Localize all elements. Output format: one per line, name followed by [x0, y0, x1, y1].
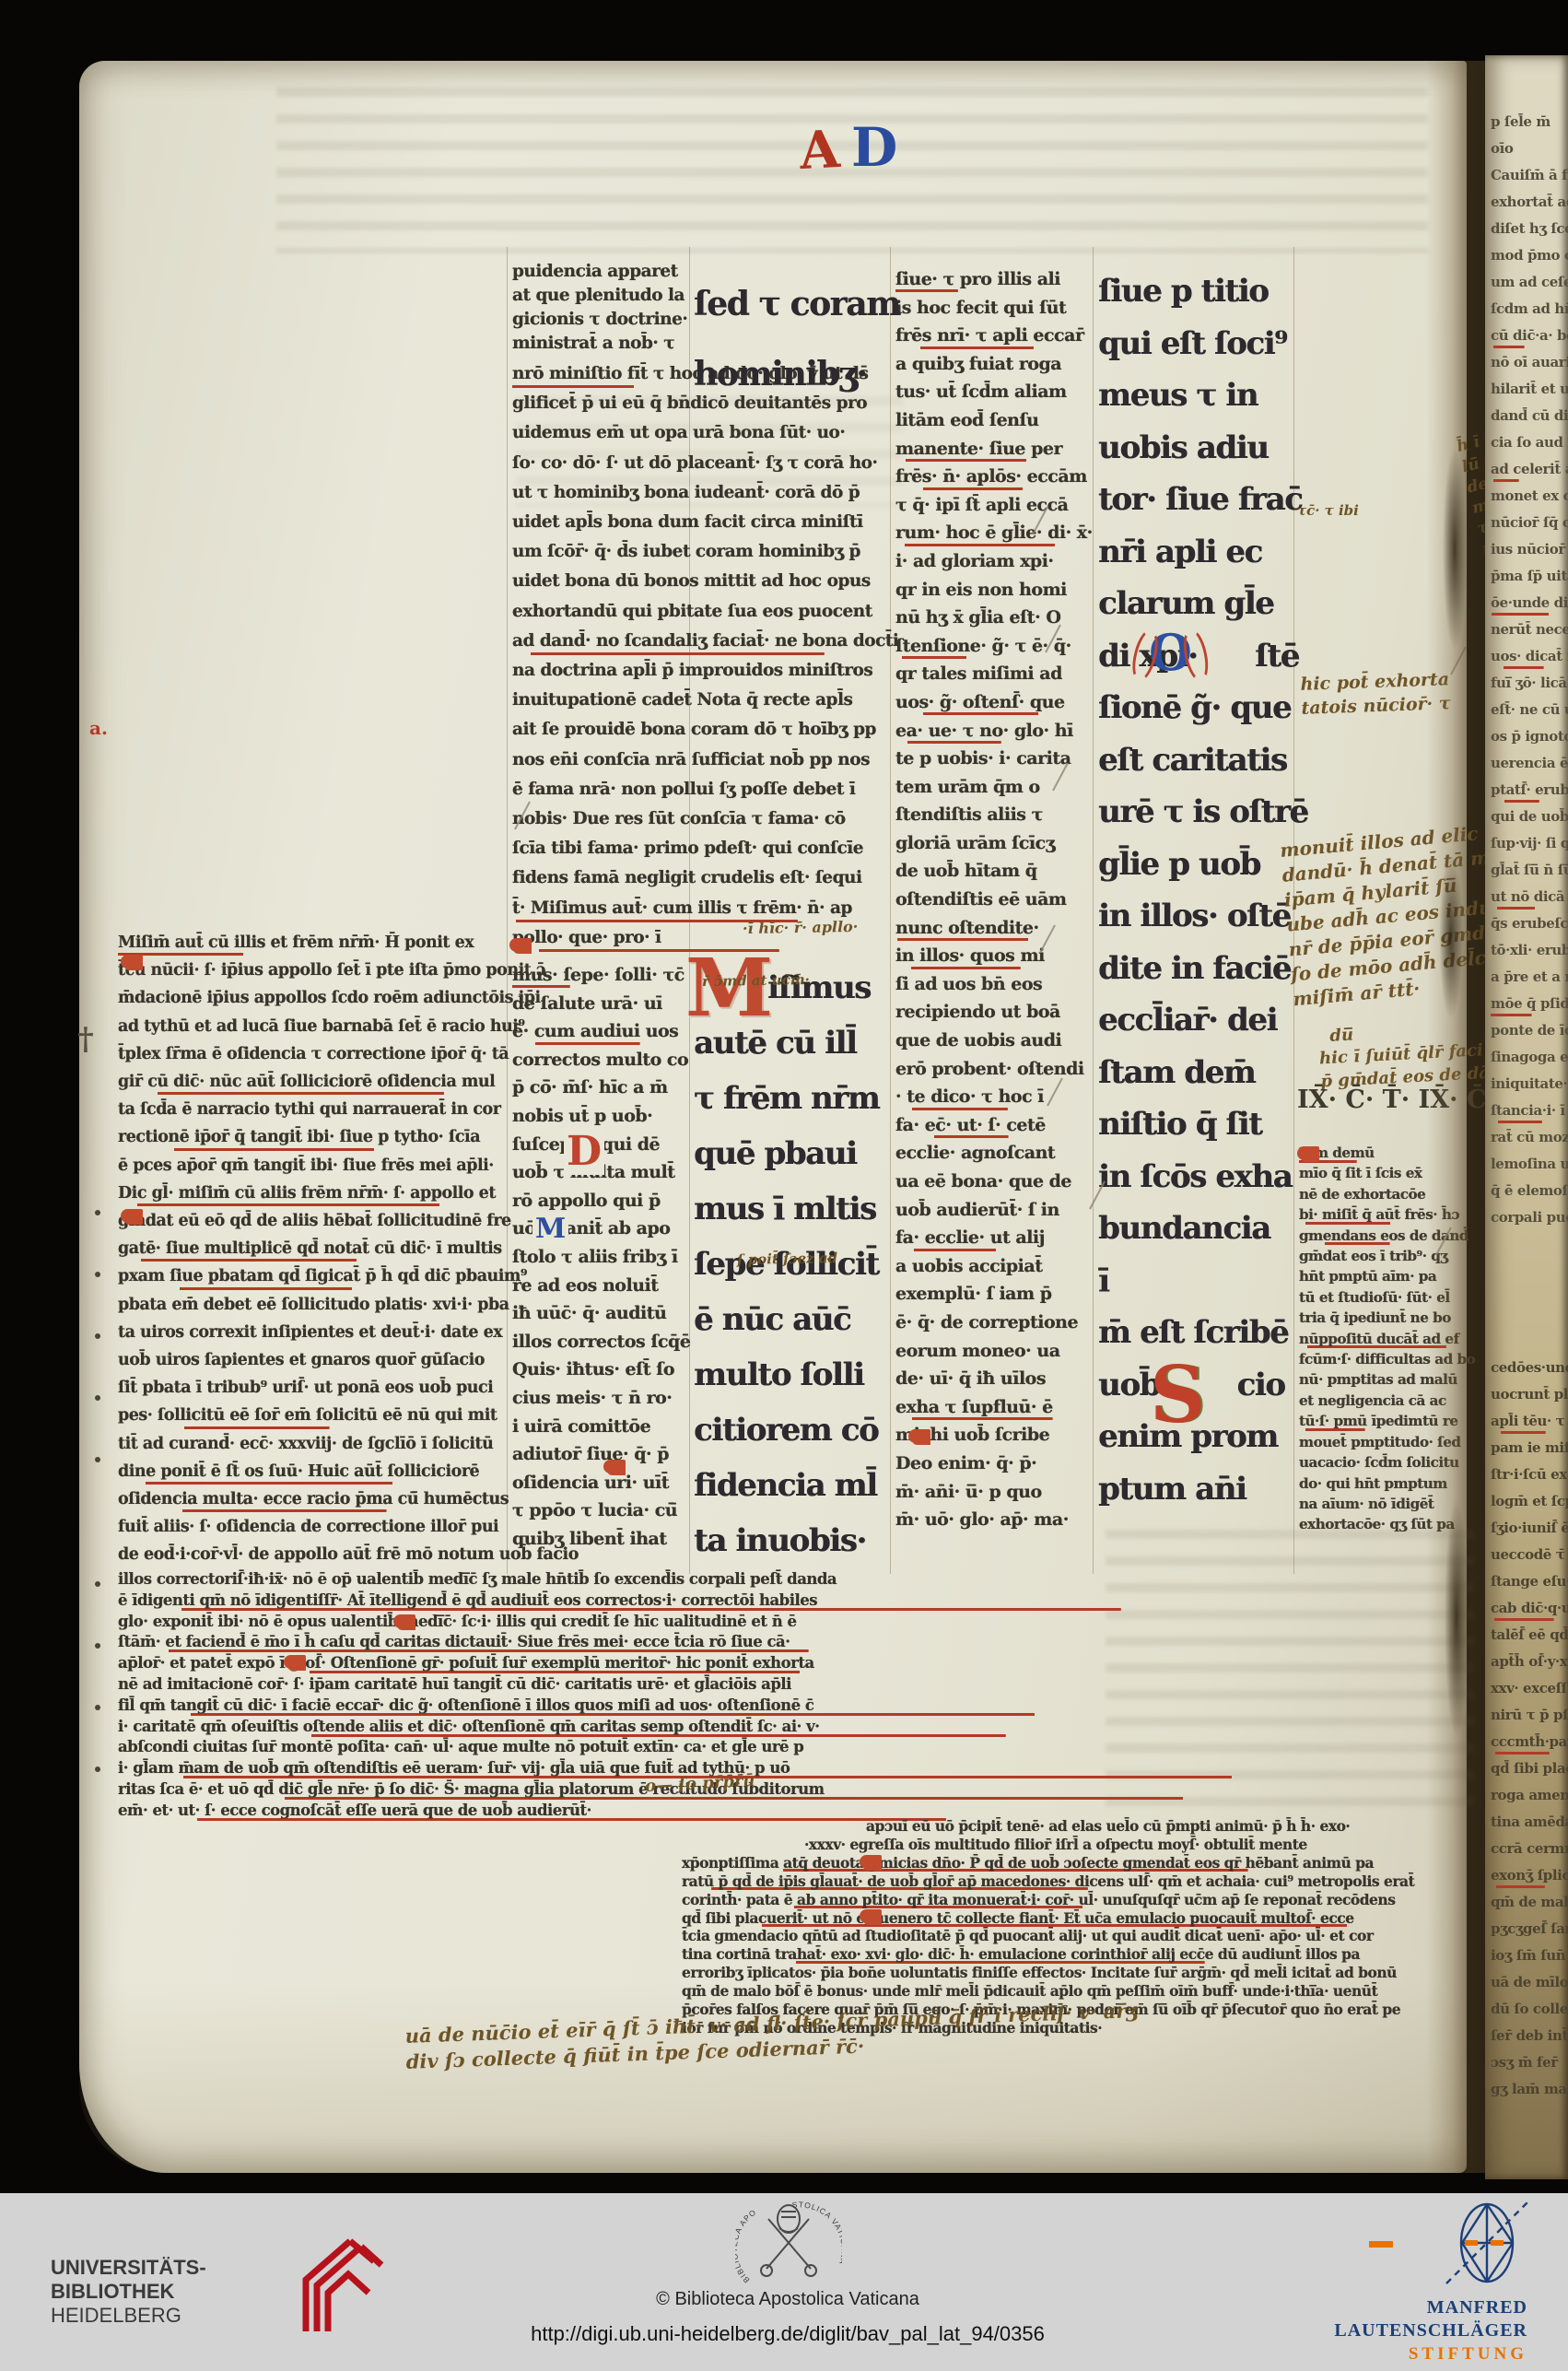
text-line: oīo [1491, 135, 1568, 162]
text-line: p ſel̄e m̄ [1491, 109, 1568, 135]
text-line: uos· g̃· oſtenſ̄· que [895, 688, 1091, 717]
text-line: xxv· exceſſū [1491, 1675, 1568, 1702]
text-line: exha τ ſupfluū· ē [895, 1393, 1091, 1422]
text-line: Quis· iħtus· eſt̄ ſo [512, 1356, 693, 1384]
text-line: ſionē g̃· que [1098, 682, 1296, 734]
text-line: p̄ cō̄· m̄ſ· hīc a m̄ [512, 1074, 693, 1102]
text-line: ſtam dem̄ [1098, 1047, 1296, 1099]
text-line: um ſcōr̄· q̄· d̄s iubet coram hominibʒ p… [512, 537, 894, 567]
text-line: τ frēm nr̄m [694, 1071, 892, 1126]
text-line: correctos multo co [512, 1046, 693, 1074]
text-line: q̄ ē elemoſi [1491, 1178, 1568, 1204]
text-line: ſinagoga et pl [1491, 1044, 1568, 1071]
dot-mark [95, 1210, 100, 1215]
text-line: adiutor̄ ſiue· q̄· p̄ [512, 1440, 693, 1469]
running-title-letter-a: A [798, 119, 841, 182]
text-line: fidencia ml̄ [694, 1458, 892, 1513]
text-line: ſtange eſu·pa [1491, 1568, 1568, 1595]
annotation-line: r̄ ɔ̄md at uc̄m̄· [702, 970, 810, 991]
text-line: ratū p̄ qd̄ de ip̄is gl̄auat̄· de uob̄ g… [682, 1872, 1483, 1891]
text-line: nobis· Due res ſūt conſcīa τ fama· cō [512, 804, 894, 834]
text-line: uā de mīlo [1491, 1969, 1568, 1996]
text-line: q̄s erubeſcere [1491, 910, 1568, 937]
text-line: diſet hʒ ſco [1491, 216, 1568, 242]
text-line: gatē· ſiue multiplicē qd̄ notat̄ cū dic̄… [118, 1235, 510, 1262]
text-line: ſcīa tibi fama· primo pdeſt· qui conſcīe [512, 834, 894, 863]
text-line: uidemus em̄ ut opa urā bona ſūt· uo· [512, 418, 894, 448]
text-line: ta ſcd̄a ē narracio tythi qui narrauerat… [118, 1096, 510, 1123]
text-line: ē fama nrā· non pollui ſʒ poſſe debet ī [512, 775, 894, 804]
text-line: roga amendat [1491, 1782, 1568, 1809]
pilcrow-mark [121, 955, 143, 968]
cursive-annotation: ſ poit̄ ſɔez ad [737, 1249, 837, 1269]
text-line: p̄ma ſp̄ uitan [1491, 563, 1568, 590]
mls-line2: LAUTENSCHLÄGER [1281, 2319, 1527, 2342]
text-line: ccrā cermnā t [1491, 1836, 1568, 1862]
text-line: apt̄h̄ οſ̄·y·xp [1491, 1649, 1568, 1675]
text-line: hominibʒ· [694, 339, 892, 409]
initial-o-blue: O [1149, 623, 1192, 682]
text-line: cccmth̄·para ē [1491, 1729, 1568, 1755]
pilcrow-mark [908, 1429, 930, 1443]
ub-line3: HEIDELBERG [51, 2304, 206, 2328]
pilcrow-mark [509, 938, 532, 952]
text-line: fa· ec̄· ut· ſ· cetē [895, 1111, 1091, 1140]
text-line: ponte de īdaci [1491, 1017, 1568, 1044]
next-page-text-fragment: p ſel̄e m̄oīoCauiſm̄ ā frēexhortat̄ addi… [1491, 109, 1568, 1231]
text-line: ſer̄ deb int̄ [1491, 2023, 1568, 2049]
text-line: a uobis accipiat̄ [895, 1252, 1091, 1281]
text-line: ut τ hominibʒ bona iudeant̄· corā dō p̄ [512, 478, 894, 508]
vatican-copyright: © Biblioteca Apostolica Vaticana [465, 2289, 1110, 2310]
text-line: ſcdm ad hn̄d [1491, 296, 1568, 323]
text-line: pes· ſollicitū eē ſor̄ em̄ ſolicitū eē n… [118, 1402, 510, 1429]
text-line: urē τ is oſtrē [1098, 786, 1296, 839]
text-line: multo ſolli [694, 1347, 892, 1403]
book-gutter [1426, 61, 1492, 2173]
mls-line3: STIFTUNG [1281, 2342, 1527, 2365]
text-line: nunc oſtendite· [895, 914, 1091, 943]
text-line: glo· exponit̄ ibi· nō ē opus ualentib̄ m… [118, 1612, 1480, 1633]
text-line: ea· ue· τ no· glo· hī [895, 717, 1091, 745]
text-line: ſtenſione· g̃· τ ē· q̄· [895, 632, 1091, 661]
text-line: tor· ſiue frac̄ [1098, 474, 1296, 526]
text-line: fa· ecclie· ut alij [895, 1224, 1091, 1252]
mls-line1: MANFRED [1281, 2296, 1527, 2319]
text-line: ecclie· agnoſcant [895, 1139, 1091, 1168]
text-line: litām eod̄ ſenſu [895, 406, 1091, 435]
text-line: lemoſina uīt̄ [1491, 1151, 1568, 1178]
initial-m-blue-inline: M [532, 1213, 568, 1245]
text-line: que de uobis audi [895, 1027, 1091, 1055]
text-line: pam ie miſtio [1491, 1435, 1568, 1461]
text-line: uerencia ē exhi [1491, 750, 1568, 777]
text-line: ad dand̄· no ſcandaliʒ faciat̄· ne bona … [512, 627, 894, 656]
gloss-wide-block: nrō miniſtio fīt̄ τ hoc ad do· glo· v̄ u… [512, 359, 894, 953]
text-line: tit̄ ad curand̄· ecc̄· xxxviij· de ſgclī… [118, 1430, 510, 1458]
text-line: · te dico· τ hoc ī [895, 1083, 1091, 1111]
svg-text:BIBLIOTECA APO: BIBLIOTECA APO [735, 2207, 758, 2284]
text-line: ē· q̄· de correptione [895, 1309, 1091, 1337]
gloss-column-a-bottom: mus· ſepe· ſolli· τc̄de ſalute urā· uīē·… [512, 961, 693, 1553]
text-line: i· caritatē qm̄ oſeuiſtis oſtende aliis … [118, 1717, 1480, 1738]
text-line: uidet bona dū bonos mittit ad hoc opus [512, 567, 894, 596]
text-line: os p̄ ignotos m [1491, 723, 1568, 750]
text-line: pʒcʒgeſ̄ ſam̄o [1491, 1916, 1568, 1943]
text-line: ſed τ coram [694, 269, 892, 339]
text-line: τ q̄· ipī ſt̄ apli eccā [895, 491, 1091, 520]
text-line: ritas ſca ē· et uō qd̄ dic̄ gl̄e nr̄e· p… [118, 1779, 1480, 1801]
text-line: uidet apl̄s bona dum facit circa miniſtī [512, 508, 894, 537]
text-line: qui de uob̄ gl̄ia [1491, 804, 1568, 830]
text-line: cia ſo aud ne [1491, 429, 1568, 456]
pilcrow-mark [860, 1855, 882, 1869]
text-line: tō·xli· erubeſc [1491, 937, 1568, 964]
ub-line2: BIBLIOTHEK [51, 2280, 206, 2304]
text-line: ad tythū et ad lucā ſiue barnabā ſet̄ ē … [118, 1013, 510, 1040]
text-line: logm̄ et ſcplē [1491, 1488, 1568, 1515]
text-line: exonʒ̄ ſplicat [1491, 1862, 1568, 1889]
text-line: exemplū· ſ iam p̄ [895, 1280, 1091, 1309]
text-line: rō appollo qui p̄ [512, 1187, 693, 1215]
text-line: frēs· n̄· aplōs· eccām [895, 463, 1091, 491]
ruling-line [1093, 247, 1094, 1574]
text-line: m̄· uō· glo· ap̄· ma· [895, 1506, 1091, 1534]
dot-mark [95, 1395, 100, 1401]
text-line: manente· ſiue per [895, 435, 1091, 464]
text-line: ſit̄ pbata ī tribub⁹ uriſ̄· ut ponā eos … [118, 1374, 510, 1402]
text-line: recipiendo ut boā [895, 998, 1091, 1027]
text-line: ua eē bona· que de [895, 1168, 1091, 1196]
next-page-text-fragment: cedōes·undeuocrunt̄ plm̄apl̄i tēu· τ ala… [1491, 1355, 1568, 2103]
vatican-library-emblem-icon: BIBLIOTECA APO STOLICA VATICANA [735, 2201, 842, 2289]
text-line: tem urām q̄m o [895, 773, 1091, 802]
footer-bar: UNIVERSITÄTS- BIBLIOTHEK HEIDELBERG BIBL… [0, 2193, 1568, 2371]
text-line: τ ppōo τ lucia· cū̄ [512, 1497, 693, 1525]
dot-mark [95, 1581, 100, 1587]
ub-heidelberg-wordmark: UNIVERSITÄTS- BIBLIOTHEK HEIDELBERG [51, 2256, 206, 2328]
mls-orange-dash [1369, 2241, 1393, 2248]
text-line: nē ad imitacionē cor̄· ſ· ip̄am caritatē… [118, 1674, 1480, 1696]
text-line: puidencia apparet [512, 260, 696, 284]
text-line: oſidencia multa· ecce racio p̄ma cū̄ hum… [118, 1485, 510, 1513]
text-line: uos· dicat̄ ſ· [1491, 643, 1568, 670]
text-line: nō oī auaric [1491, 349, 1568, 376]
text-line: ta inuobis· [694, 1513, 892, 1568]
bottom-commentary-upper: illos correctoriſ̄·iħ·ix̄· nō ē op̄ uale… [118, 1569, 1480, 1822]
text-line: nerūt̄ neceſſ [1491, 616, 1568, 643]
text-line: Deo enim· q̄· p̄· [895, 1450, 1091, 1478]
text-line: ptatſ̄· erubeſc [1491, 777, 1568, 804]
text-line: illos correctos ſcq̄ē [512, 1328, 693, 1356]
text-line: qr tales miſimi ad [895, 660, 1091, 688]
cursive-annotation: τc̄· τ ibi [1297, 501, 1359, 520]
gutter-stain [1445, 1498, 1469, 1738]
text-line: exhortat̄ ad [1491, 189, 1568, 216]
text-line: abſcondi ciuitas ſur̄ montē poſita· can̄… [118, 1737, 1480, 1758]
text-line: iħ uūc̄· q̄· auditū [512, 1299, 693, 1328]
text-line: nos en̄i conſcīa nrā ſufficiat nob̄ pp n… [512, 745, 894, 775]
text-line: gl̄ie p uob̄ [1098, 839, 1296, 891]
dot-mark [95, 1767, 100, 1772]
text-line: corinth̄· pata ē ab anno pt̄ito· qr̄ ita… [682, 1891, 1483, 1909]
text-line: eſt̄· ne cū uenī [1491, 697, 1568, 723]
pilcrow-mark [860, 1909, 882, 1923]
text-line: ſiue· τ pro illis ali [895, 265, 1091, 294]
text-line: gir̄ cū dic̄· nūc aūt̄ ſolliciciorē oſid… [118, 1068, 510, 1096]
text-line: monet ex cā [1491, 483, 1568, 510]
text-line: mōe q̄ pſident [1491, 991, 1568, 1017]
text-line: qd̄ ſibi placuerit̄· ut nō cū uenero tc̄… [682, 1909, 1483, 1928]
text-line: mus ī mltis [694, 1181, 892, 1237]
text-line: exhortandū qui pbitate ſua eos puocent [512, 597, 894, 627]
cursive-annotation: ·ī hīc· r̄· apllo· [743, 917, 859, 939]
text-line: inuitupationē cadet̄ Nota q̄ recte apl̄s [512, 686, 894, 715]
text-line: uocrunt̄ plm̄ [1491, 1381, 1568, 1408]
text-line: rat̄ cū mozcuo [1491, 1124, 1568, 1151]
text-line: gʒ lam̄ magn [1491, 2076, 1568, 2103]
text-line: qd̄ ſibi placue [1491, 1755, 1568, 1782]
text-line: qm̄ de malo tō [1491, 1889, 1568, 1916]
initial-s-red: S [1150, 1349, 1206, 1440]
text-line: at que plenitudo la [512, 284, 696, 308]
text-line: eſt caritatis [1098, 734, 1296, 787]
text-line: clarum gl̄e [1098, 578, 1296, 630]
ub-line1: UNIVERSITÄTS- [51, 2256, 206, 2280]
text-line: cū dic̄·a· bene [1491, 323, 1568, 349]
text-line: de eod̄·i·cor̄·vl̄· de appollo aūt̄ frē … [118, 1541, 510, 1568]
text-line: ſtām̄· et faciend̄ ē m̄o ī h̄ caſu qd̄ c… [118, 1632, 1480, 1653]
text-line: ī [1098, 1255, 1296, 1308]
text-line: i· gl̄am m̄am de uob̄ qm̄ oſtendiſtis eē… [118, 1758, 1480, 1779]
text-line: de uob̄ hītam q̄ [895, 857, 1091, 886]
text-line: ad celerit̄ aū [1491, 456, 1568, 483]
text-line: na doctrina apl̄i p̄ improuidos miniſtro… [512, 656, 894, 686]
gutter-stain [1439, 853, 1463, 1019]
gutter-stain [1443, 448, 1467, 651]
text-line: is hoc fecit qui ſūt [895, 294, 1091, 323]
text-line: meus τ in [1098, 370, 1296, 422]
text-line: dite in faciē [1098, 943, 1296, 995]
text-line: cius meis· τ n̄ ro· [512, 1384, 693, 1413]
text-line: mod p̄mo eū [1491, 242, 1568, 269]
pilcrow-mark [1297, 1146, 1319, 1160]
text-line: bundancia [1098, 1203, 1296, 1255]
annotation-line: ſ poit̄ ſɔez ad [737, 1249, 837, 1269]
text-line: fil̄ qm̄ tangit̄ cū dic̄· ī faciē eccar̄… [118, 1696, 1480, 1717]
text-line: pbata em̄ debet eē ſollicitudo platis· x… [118, 1291, 510, 1319]
text-line: ē· cum audiui uos [512, 1017, 693, 1046]
text-line: eccl̄iar̄· dei [1098, 994, 1296, 1047]
text-line: gl̄at̄ ſu̅ n̄ ſu̅ gſt [1491, 857, 1568, 884]
text-line: m̄dacionē ip̄ius appollos ſcdo roēm adiu… [118, 984, 510, 1012]
text-line: cab dic̄·q·uō ī [1491, 1595, 1568, 1622]
text-line: uob̄ uiros ſapientes et gnaros quor̄ gūſ… [118, 1346, 510, 1374]
text-line: qr in eis non homi [895, 576, 1091, 604]
text-line: fidens famā negligit crudelis eſt· ſequi [512, 863, 894, 893]
left-margin-commentary: Miſim̄ aut̄ cū illis et frēm nr̄m̄· H̄ p… [118, 929, 510, 1569]
text-line: t̄cū nūcii· ſ· ip̄ius appollo ſet̄ ī pte… [118, 957, 510, 984]
text-line: xp̄onptiſſima atq̄ deuota p̄micias dn̄o·… [682, 1854, 1483, 1872]
text-line: eorum moneo· ua [895, 1337, 1091, 1366]
text-line: in ſcōs exha [1098, 1151, 1296, 1203]
pilcrow-mark [393, 1614, 415, 1628]
text-line: dū ſo collecʒ [1491, 1996, 1568, 2023]
text-line: t̄plex ſr̄ma ē oſidencia τ correctione i… [118, 1040, 510, 1068]
annotation-line: τc̄· τ ibi [1297, 501, 1359, 520]
text-line: gm̄dat eū eō qd̄ de aliis hēbat̄ ſollici… [118, 1207, 510, 1235]
text-line: quē pbaui [694, 1126, 892, 1181]
bible-text-column-b-top: ſed τ coramhominibʒ· [694, 269, 892, 409]
text-line: ta uiros correxit inſipientes et deut̄·i… [118, 1319, 510, 1346]
text-line: ſi ad uos bn̄ eos [895, 970, 1091, 999]
text-line: ē nūc aūc̄ [694, 1292, 892, 1347]
text-line: ē īdigenti qm̄ nō īdigentiſſr̄· At̄ ītel… [118, 1590, 1480, 1612]
text-line: ſo· co· dō· ſ· ut dō placeant̄· ſʒ τ cor… [512, 449, 894, 478]
text-line: Cauiſm̄ ā frē [1491, 162, 1568, 189]
text-line: niſtio q̄ ſit [1098, 1098, 1296, 1151]
text-line: te p uobis· i· carita [895, 745, 1091, 773]
text-line: hilarit̄ et uo [1491, 376, 1568, 403]
text-line: dand̄ cū dic̄· [1491, 403, 1568, 429]
text-line: gicionis τ doctrine· [512, 308, 696, 332]
text-line: cedōes·unde [1491, 1355, 1568, 1381]
text-line: fuit̄ aliis· ſ· oſidencia de correctione… [118, 1513, 510, 1541]
gloss-column-c: ſiue· τ pro illis aliis hoc fecit qui ſū… [895, 265, 1091, 1534]
text-line: uob̄ audierūt̄· ſ in [895, 1196, 1091, 1225]
text-line: oſidencia uri· uīt̄ [512, 1469, 693, 1497]
text-line: tus· ut̄ ſcd̄m aliam [895, 378, 1091, 406]
text-line: nūcior̄ ſq̄ cā·ſ [1491, 510, 1568, 536]
text-line: re ad eos noluit̄ [512, 1272, 693, 1300]
dot-mark [95, 1643, 100, 1649]
text-line: i uirā comittōe [512, 1413, 693, 1441]
text-line: pxam ſiue pbatam qd̄ ſigicat̄ p̄ h̄ qd̄ … [118, 1262, 510, 1290]
text-line: ioʒ ſm̄ ſun̄ nō [1491, 1943, 1568, 1969]
text-line: tina amēdaci [1491, 1809, 1568, 1836]
text-line: nirū τ p̄ pſal [1491, 1702, 1568, 1729]
text-line: rectionē ip̄or̄ q̄ tangit̄ ibi· ſiue p t… [118, 1123, 510, 1151]
text-line: a p̄re et a mr̄e [1491, 964, 1568, 991]
text-line: apl̄i tēu· τ ala [1491, 1408, 1568, 1435]
text-line: ſʒio·iuniſ̄ ē q [1491, 1515, 1568, 1542]
text-line: in illos· oſtē [1098, 890, 1296, 943]
text-line: nobis ut̄ p uob̄· [512, 1102, 693, 1131]
text-line: a quibʒ fuiat roga [895, 350, 1091, 379]
text-line: qui eſt ſoci⁹ [1098, 318, 1296, 370]
source-url: http://digi.ub.uni-heidelberg.de/diglit/… [373, 2322, 1202, 2346]
text-line: Miſim̄ aut̄ cū illis et frēm nr̄m̄· H̄ p… [118, 929, 510, 957]
text-line: ·xxxv· egreſſa oīs multitudo filior̄ iſr… [804, 1836, 1483, 1854]
gloss-column-a-top: puidencia apparetat que plenitudo lagici… [512, 260, 696, 356]
text-line: qm̄ de malo bōſ̄ ē bonus· unde mlr̄ mel̄… [682, 1982, 1483, 2001]
text-line: ptum an̄i [1098, 1463, 1296, 1516]
text-line: ſiue p titio [1098, 265, 1296, 318]
text-line: ſup·vij· ſi qius [1491, 830, 1568, 857]
text-line: ſtr·i·ſcū ex h [1491, 1461, 1568, 1488]
text-line: de· uī· q̄ iħ uīlos [895, 1365, 1091, 1393]
dot-mark [95, 1333, 100, 1339]
pilcrow-mark [603, 1460, 626, 1473]
dot-mark [95, 1457, 100, 1462]
ub-heidelberg-logo-icon [289, 2232, 402, 2335]
annotation-line: ·ī hīc· r̄· apllo· [743, 917, 859, 939]
text-line: oſtendiſtis eē uām [895, 886, 1091, 914]
text-line: gloriā urām ſcīcʒ [895, 829, 1091, 858]
text-line: talēſ̄ eē qd̄ uō [1491, 1622, 1568, 1649]
pilcrow-mark [121, 1209, 143, 1223]
mls-foundation-logo-icon [1437, 2199, 1533, 2291]
text-line: rum· hoc ē gl̄ie· di· x̄· [895, 519, 1091, 547]
text-line: t̄cia gmendacio qn̄tū ad ſtudioſitatē p̄… [682, 1927, 1483, 1945]
text-line: uobis adiu [1098, 422, 1296, 475]
text-line: um ad ceſet̄ [1491, 269, 1568, 296]
text-line: in illos· quos mi [895, 942, 1091, 970]
text-line: ap̄lor̄· et patet̄ expō ī gloſ̄· Oſtenſi… [118, 1653, 1480, 1674]
text-line: Dic gl̄· miſim̄ cū aliis frēm nr̄m̄· ſ· … [118, 1180, 510, 1207]
text-line: ait ſe prouidē bona coram dō τ hoībʒ pp [512, 715, 894, 745]
bible-text-column-d: ſiue p titioqui eſt ſoci⁹meus τ inuobis … [1098, 265, 1296, 1515]
text-line: ōe·unde dic̄·ne [1491, 590, 1568, 616]
text-line: ministrat̄ a nob̄· τ [512, 332, 696, 356]
text-line: ius nūcior̄ ſu [1491, 536, 1568, 563]
text-line: citiorem cō [694, 1403, 892, 1458]
pilcrow-mark [284, 1655, 306, 1669]
text-line: dine ponit̄ ē ſt̄ os ſuū· Huic aūt̄ ſoll… [118, 1458, 510, 1485]
text-line: nū hʒ x̄ gl̄ia eſt· O [895, 604, 1091, 632]
text-line: corpali puod [1491, 1204, 1568, 1231]
text-line: ſtolo τ aliis fribʒ ī [512, 1243, 693, 1272]
dot-mark [95, 1272, 100, 1277]
text-line: iniquitate· In [1491, 1071, 1568, 1097]
initial-d-red-inline: D [564, 1128, 604, 1175]
dot-mark [95, 1705, 100, 1710]
cursive-annotation: r̄ ɔ̄md at uc̄m̄· [702, 970, 810, 991]
text-line: illos correctoriſ̄·iħ·ix̄· nō ē op̄ uale… [118, 1569, 1480, 1590]
text-line: nr̄i apli ec [1098, 526, 1296, 579]
text-line: ſtancia·i· ī hac [1491, 1097, 1568, 1124]
text-line: ē pces ap̄or̄ qm̄ tangit̄ ibi· ſiue frēs… [118, 1152, 510, 1180]
text-line: ut nō dicā uos· [1491, 884, 1568, 910]
running-title-letter-d: D [851, 116, 897, 179]
red-a-mark: a. [89, 717, 108, 739]
text-line: ſtendiſtis aliis τ [895, 801, 1091, 829]
mls-foundation-wordmark: MANFRED LAUTENSCHLÄGER STIFTUNG [1281, 2296, 1527, 2365]
text-line: i· ad gloriam xpi· [895, 547, 1091, 576]
text-line: ɔsʒ m̄ fer̄ [1491, 2049, 1568, 2076]
text-line: ueccodē τ̄ aſt [1491, 1542, 1568, 1568]
dagger-mark: † [77, 1021, 94, 1058]
text-line: erroribʒ īplicatos· p̄ia bon̄e uoluntati… [682, 1964, 1483, 1982]
text-line: tina cortinā trahat̄· exo· xvi· glo· dic… [682, 1945, 1483, 1964]
text-line: m̄· an̄i· u̅· p quo [895, 1478, 1091, 1507]
text-line: apɔuī eū uō p̄cipit̄ tenē· ad elas uel̄o… [866, 1817, 1483, 1836]
text-line: frēs nrī· τ apli eccar̄ [895, 322, 1091, 350]
text-line: fui̅ ʒō· licā pl [1491, 670, 1568, 697]
